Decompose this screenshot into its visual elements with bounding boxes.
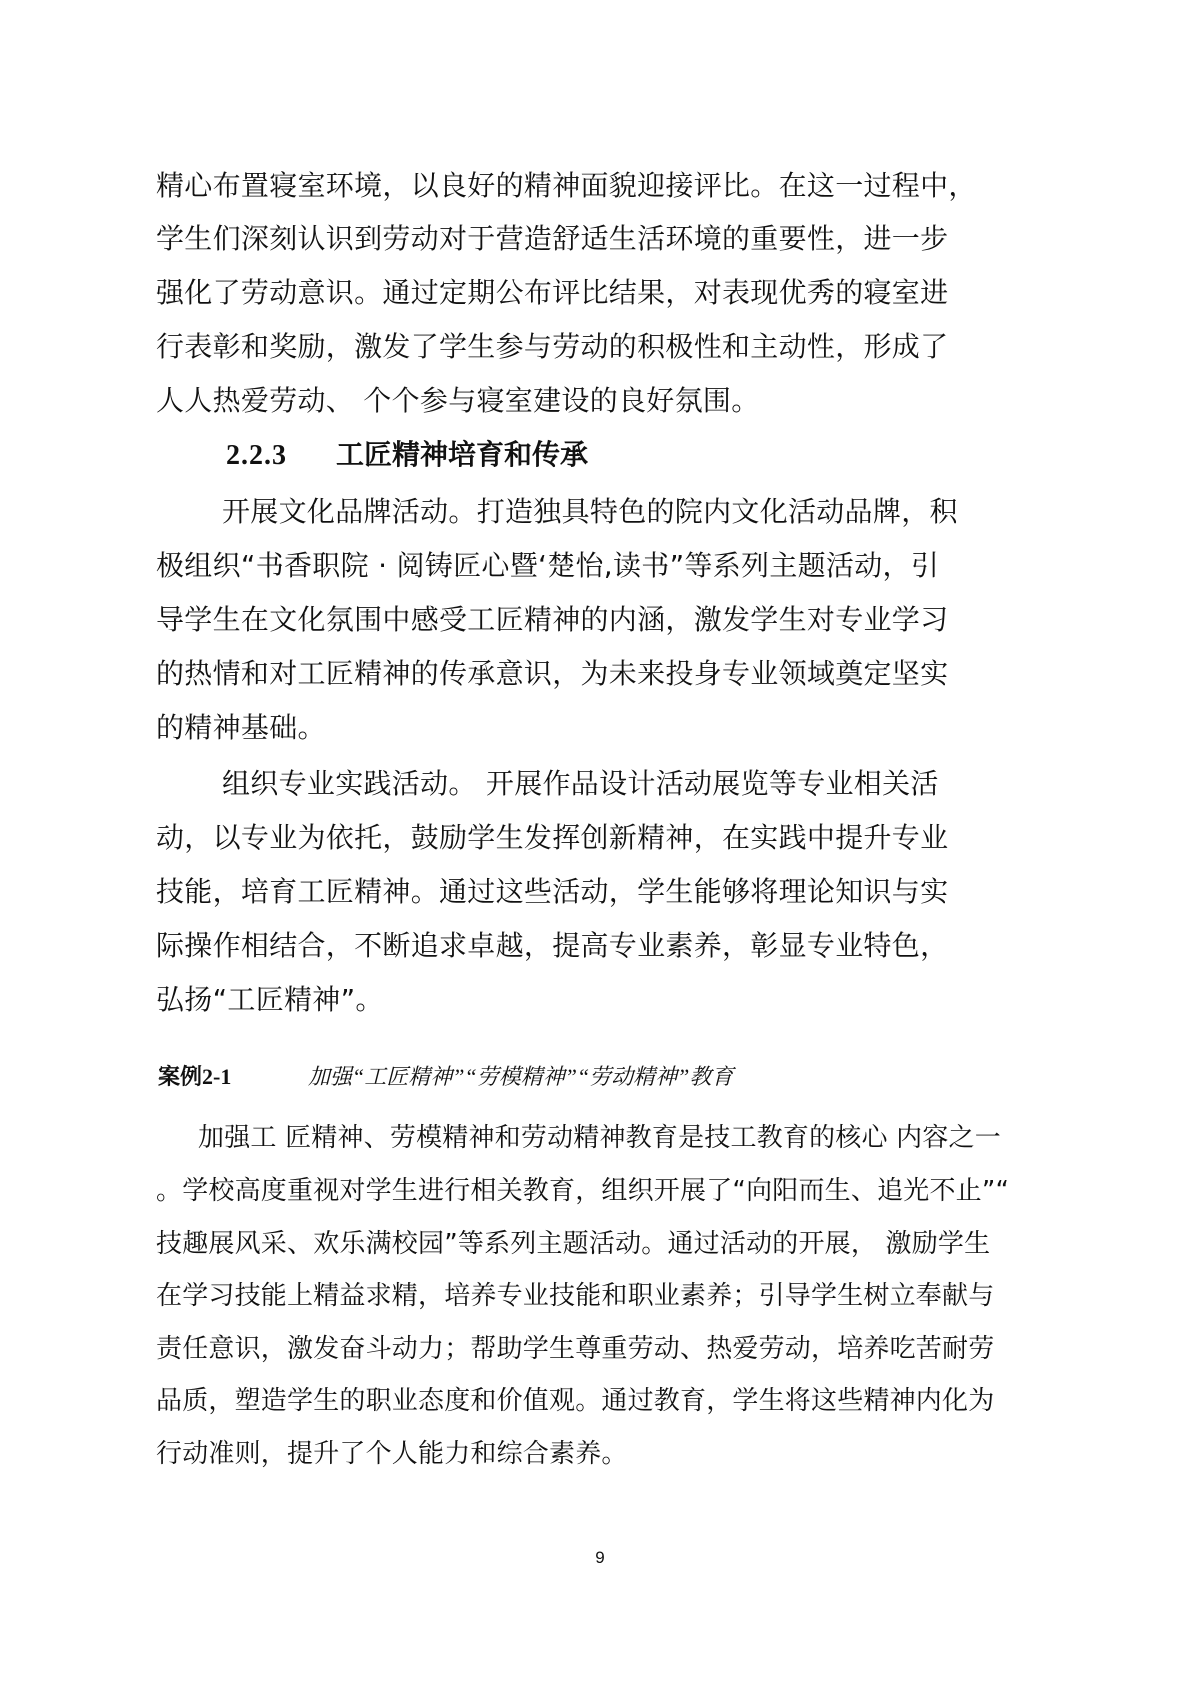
text-line: 技趣展风采、欢乐满校园”等系列主题活动。通过活动的开展， 激励学生: [156, 1224, 1056, 1264]
text-line: 组织专业实践活动。 开展作品设计活动展览等专业相关活: [222, 764, 1122, 804]
text-line: 品质，塑造学生的职业态度和价值观。通过教育，学生将这些精神内化为: [156, 1381, 1056, 1421]
text-line: 人人热爱劳动、 个个参与寝室建设的良好氛围。: [156, 381, 1056, 421]
section-title: 工匠精神培育和传承: [336, 440, 588, 471]
text-line: 弘扬“工匠精神”。: [156, 980, 1056, 1020]
text-line: 行动准则，提升了个人能力和综合素养。: [156, 1434, 1056, 1474]
document-page: 精心布置寝室环境，以良好的精神面貌迎接评比。在这一过程中， 学生们深刻认识到劳动…: [0, 0, 1200, 1698]
text-line: 际操作相结合，不断追求卓越，提高专业素养，彰显专业特色，: [156, 926, 1056, 966]
text-line: 动，以专业为依托，鼓励学生发挥创新精神，在实践中提升专业: [156, 818, 1056, 858]
text-line: 在学习技能上精益求精，培养专业技能和职业素养；引导学生树立奉献与: [156, 1276, 1056, 1316]
text-line: 。学校高度重视对学生进行相关教育，组织开展了“向阳而生、追光不止”“: [156, 1171, 1056, 1211]
text-line: 强化了劳动意识。通过定期公布评比结果，对表现优秀的寝室进: [156, 273, 1056, 313]
text-line: 精心布置寝室环境，以良好的精神面貌迎接评比。在这一过程中，: [156, 166, 1056, 206]
text-line: 行表彰和奖励，激发了学生参与劳动的积极性和主动性，形成了: [156, 327, 1056, 367]
section-number: 2.2.3: [226, 436, 336, 476]
text-line: 极组织“书香职院 · 阅铸匠心暨‘楚怡,读书”等系列主题活动，引: [156, 546, 1056, 586]
text-line: 导学生在文化氛围中感受工匠精神的内涵，激发学生对专业学习: [156, 600, 1056, 640]
case-title: 案例2-1加强“工匠精神”“劳模精神”“劳动精神”教育: [158, 1060, 733, 1094]
text-line: 加强工 匠精神、劳模精神和劳动精神教育是技工教育的核心 内容之一: [198, 1118, 1098, 1158]
text-line: 的精神基础。: [156, 708, 1056, 748]
text-line: 学生们深刻认识到劳动对于营造舒适生活环境的重要性，进一步: [156, 219, 1056, 259]
text-line: 开展文化品牌活动。打造独具特色的院内文化活动品牌，积: [222, 492, 1122, 532]
page-number: 9: [0, 1548, 1200, 1568]
text-line: 责任意识，激发奋斗动力；帮助学生尊重劳动、热爱劳动，培养吃苦耐劳: [156, 1329, 1056, 1369]
section-heading: 2.2.3工匠精神培育和传承: [226, 436, 588, 476]
case-label: 案例2-1: [158, 1060, 308, 1094]
text-line: 技能，培育工匠精神。通过这些活动，学生能够将理论知识与实: [156, 872, 1056, 912]
text-line: 的热情和对工匠精神的传承意识，为未来投身专业领域奠定坚实: [156, 654, 1056, 694]
case-title-text: 加强“工匠精神”“劳模精神”“劳动精神”教育: [308, 1064, 733, 1089]
